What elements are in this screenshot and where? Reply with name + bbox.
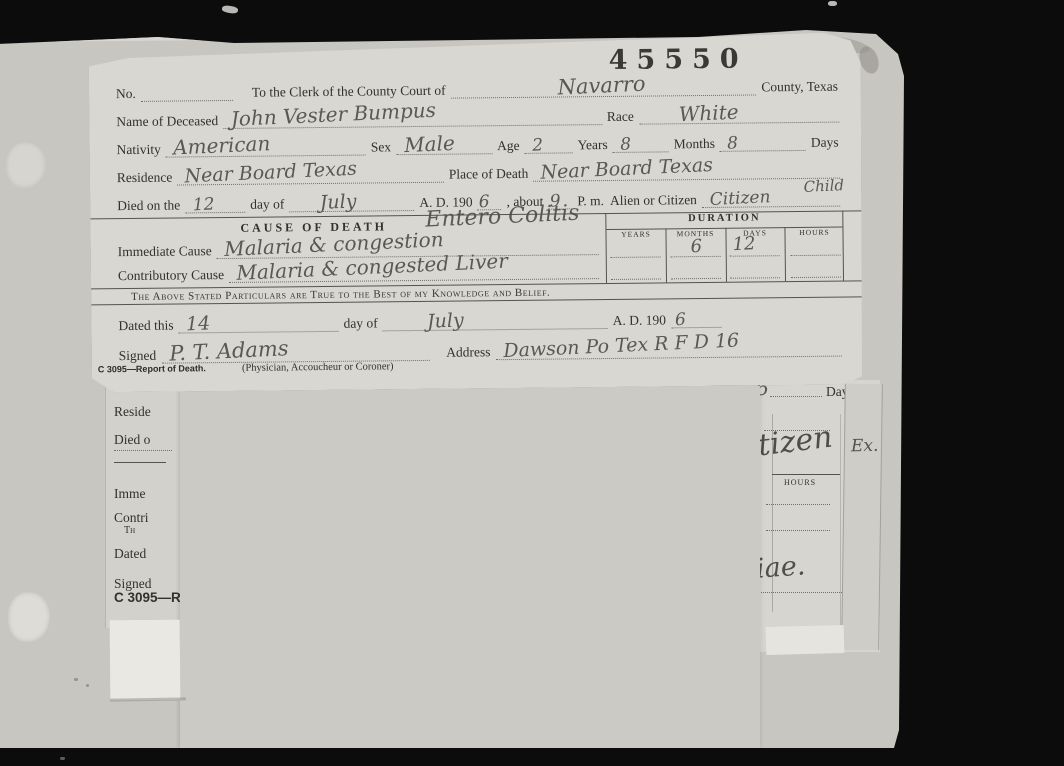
place-of-death-field: Near Board Texas <box>533 163 840 182</box>
age-years-handwriting: 2 <box>532 135 544 155</box>
signed-label: Signed <box>116 348 160 364</box>
duration-cell <box>611 256 661 258</box>
form-footer: C 3095—Report of Death. (Physician, Acco… <box>98 361 394 375</box>
lower-form-left-fragment: Reside Died o Imme Contri Th Dated Signe… <box>106 388 182 628</box>
dotted-rule-fragment <box>114 450 172 451</box>
duration-col-hours: HOURS <box>784 228 844 241</box>
dated-day-field: 14 <box>178 316 338 334</box>
alien-label: Alien or Citizen <box>607 192 700 209</box>
race-field: White <box>639 107 840 125</box>
age-years-field: 2 <box>524 137 572 154</box>
row-signed: Signed P. T. Adams Address Dawson Po Tex… <box>116 341 844 365</box>
race-handwriting: White <box>678 100 739 127</box>
scan-speck <box>222 5 239 14</box>
name-label: Name of Deceased <box>113 113 221 130</box>
address-label: Address <box>443 344 493 361</box>
age-days-field: 8 <box>720 135 806 152</box>
signer-note: (Physician, Accoucheur or Coroner) <box>242 361 394 374</box>
ad-label: A. D. 190 <box>610 312 669 329</box>
sex-handwriting: Male <box>403 131 455 157</box>
scanned-document-page: Reside Died o Imme Contri Th Dated Signe… <box>0 0 1064 766</box>
row-nativity-age: Nativity American Sex Male Age 2 Years 8… <box>114 135 842 159</box>
died-month-field: July <box>289 195 414 212</box>
white-strip-bottom-right <box>766 625 845 655</box>
county-field: Navarro <box>450 79 756 98</box>
address-handwriting: Dawson Po Tex R F D 16 <box>503 329 740 362</box>
no-field <box>141 85 233 102</box>
duration-label: DURATION <box>606 212 842 225</box>
fragment-affirmation: Th <box>124 525 135 536</box>
name-handwriting: John Vester Bumpus <box>230 98 436 131</box>
dated-month-field: July <box>383 313 608 331</box>
months-label: Months <box>671 136 718 152</box>
row-contributory-cause: Contributory Cause Malaria & congested L… <box>115 263 601 284</box>
row-residence: Residence Near Board Texas Place of Deat… <box>114 163 842 187</box>
pencil-mark <box>74 678 78 681</box>
fragment-contributory: Contri <box>114 510 149 526</box>
days-label: Days <box>808 135 842 151</box>
age-label: Age <box>494 138 523 154</box>
torn-edge-highlight <box>0 32 234 42</box>
died-month-handwriting: July <box>320 190 358 214</box>
died-day-field: 12 <box>185 197 245 214</box>
place-of-death-label: Place of Death <box>446 166 532 183</box>
place-of-death-handwriting: Near Board Texas <box>540 154 713 184</box>
died-day-handwriting: 12 <box>192 194 215 215</box>
age-months-field: 8 <box>613 136 669 153</box>
duration-cell <box>791 255 841 257</box>
citizen-handwriting: Citizen <box>709 187 771 210</box>
immediate-days-handwriting: 12 <box>732 233 756 255</box>
death-report-form: 45550 No. To the Clerk of the County Cou… <box>88 32 864 392</box>
duration-cell <box>611 278 661 280</box>
dated-day-handwriting: 14 <box>186 312 211 335</box>
dotted-rule-fragment <box>766 530 830 531</box>
handwriting-fragment: tizen <box>756 420 834 464</box>
immediate-months-handwriting: 6 <box>690 236 702 257</box>
residence-handwriting: Near Board Texas <box>184 158 357 188</box>
residence-label: Residence <box>114 170 176 187</box>
citizen-field: Citizen Child <box>702 191 840 208</box>
rule-fragment <box>114 462 166 463</box>
age-months-handwriting: 8 <box>620 134 632 154</box>
fragment-residence: Reside <box>114 404 151 420</box>
duration-table: DURATION YEARS MONTHS DAYS HOURS 6 12 <box>605 211 844 283</box>
covering-blank-sheet <box>180 386 760 748</box>
scan-speck <box>60 757 65 760</box>
row-county: No. To the Clerk of the County Court of … <box>113 79 841 103</box>
duration-cell <box>791 277 841 279</box>
form-code: C 3095—Report of Death. <box>98 363 206 374</box>
scan-speck <box>828 1 837 6</box>
fragment-immediate: Imme <box>114 486 146 502</box>
fragment-hours-label: HOURS <box>784 478 816 487</box>
contributory-cause-field: Malaria & congested Liver <box>229 263 599 283</box>
fragment-dated: Dated <box>114 546 146 562</box>
pencil-mark <box>86 684 89 687</box>
duration-cell <box>730 255 780 257</box>
paper-blemish <box>6 142 46 188</box>
age-days-handwriting: 8 <box>727 133 739 153</box>
citizen-note-handwriting: Child <box>803 176 844 196</box>
sex-field: Male <box>396 138 492 155</box>
stamp-number: 45550 <box>609 44 748 76</box>
address-field: Dawson Po Tex R F D 16 <box>495 341 841 361</box>
day-of-label: day of <box>340 315 380 331</box>
duration-cell <box>730 277 780 279</box>
dated-month-handwriting: July <box>427 309 465 333</box>
dated-year-handwriting: 6 <box>674 310 686 330</box>
day-of-label: day of <box>247 196 287 212</box>
handwriting-fragment: Ex. <box>851 436 879 457</box>
dated-year-field: 6 <box>671 312 721 329</box>
residence-field: Near Board Texas <box>177 167 444 186</box>
row-name-race: Name of Deceased John Vester Bumpus Race… <box>113 107 841 131</box>
white-strip-bottom-left <box>110 620 181 701</box>
county-handwriting: Navarro <box>557 72 646 100</box>
nativity-handwriting: American <box>173 131 271 159</box>
empty-space <box>725 311 842 328</box>
rule-fragment <box>772 474 840 475</box>
fragment-form-code: C 3095—Re <box>114 590 182 605</box>
years-label: Years <box>574 137 610 153</box>
died-label: Died on the <box>114 197 183 214</box>
county-suffix-label: County, Texas <box>758 79 841 96</box>
contributory-cause-label: Contributory Cause <box>115 267 227 284</box>
handwriting-fragment: iae. <box>756 550 806 584</box>
name-field: John Vester Bumpus <box>223 109 602 129</box>
no-label: No. <box>113 86 139 102</box>
dotted-rule-fragment <box>758 592 846 593</box>
dotted-rule-fragment <box>766 504 830 505</box>
dotted-rule-fragment <box>770 396 822 397</box>
duration-cell <box>671 278 721 280</box>
signature-handwriting: P. T. Adams <box>168 336 288 365</box>
nativity-label: Nativity <box>114 142 164 159</box>
race-label: Race <box>604 109 637 125</box>
paper-blemish <box>8 592 50 642</box>
smudge-line <box>110 697 186 701</box>
tape-strip-right: Ex. <box>841 384 883 651</box>
dated-label: Dated this <box>115 318 176 335</box>
immediate-cause-label: Immediate Cause <box>115 243 215 260</box>
nativity-field: American <box>166 140 366 158</box>
fragment-died: Died o <box>114 432 150 448</box>
duration-col-years: YEARS <box>606 229 665 242</box>
sex-label: Sex <box>368 139 394 155</box>
